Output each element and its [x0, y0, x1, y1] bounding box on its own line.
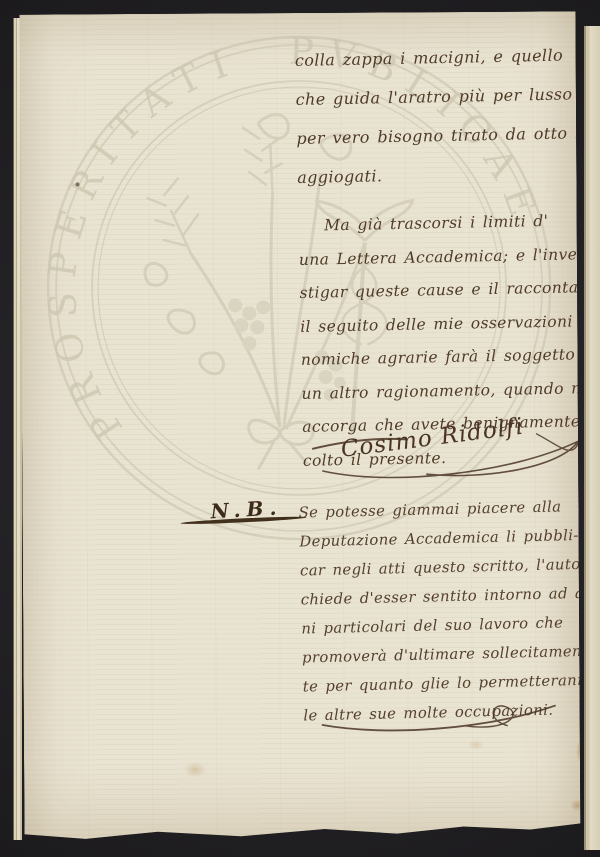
adjacent-page-edge — [584, 26, 600, 850]
pen-flourish-signature — [310, 413, 590, 495]
handwritten-line: per vero bisogno tirato da otto bovi — [296, 123, 575, 168]
handwritten-line: colla zappa i macigni, e quello — [295, 45, 574, 90]
handwritten-line: il seguito delle mie osservazioni eco- — [300, 312, 579, 351]
handwritten-line: nomiche agrarie farà il soggetto d' — [301, 345, 580, 384]
handwritten-line: Ma già trascorsi i limiti d' — [298, 211, 577, 250]
paragraph-1: colla zappa i macigni, e quello che guid… — [295, 45, 576, 207]
handwritten-line: una Lettera Accademica; e l'inve- — [299, 245, 578, 284]
handwritten-line: che guida l'aratro più per lusso che — [295, 84, 574, 129]
handwritten-line: stigar queste cause e il raccontar — [299, 278, 578, 317]
pen-flourish-closing — [316, 693, 572, 743]
manuscript-page: PROSPERITATI PVBLICAE — [19, 11, 580, 846]
handwritten-line: aggiogati. — [297, 162, 576, 207]
